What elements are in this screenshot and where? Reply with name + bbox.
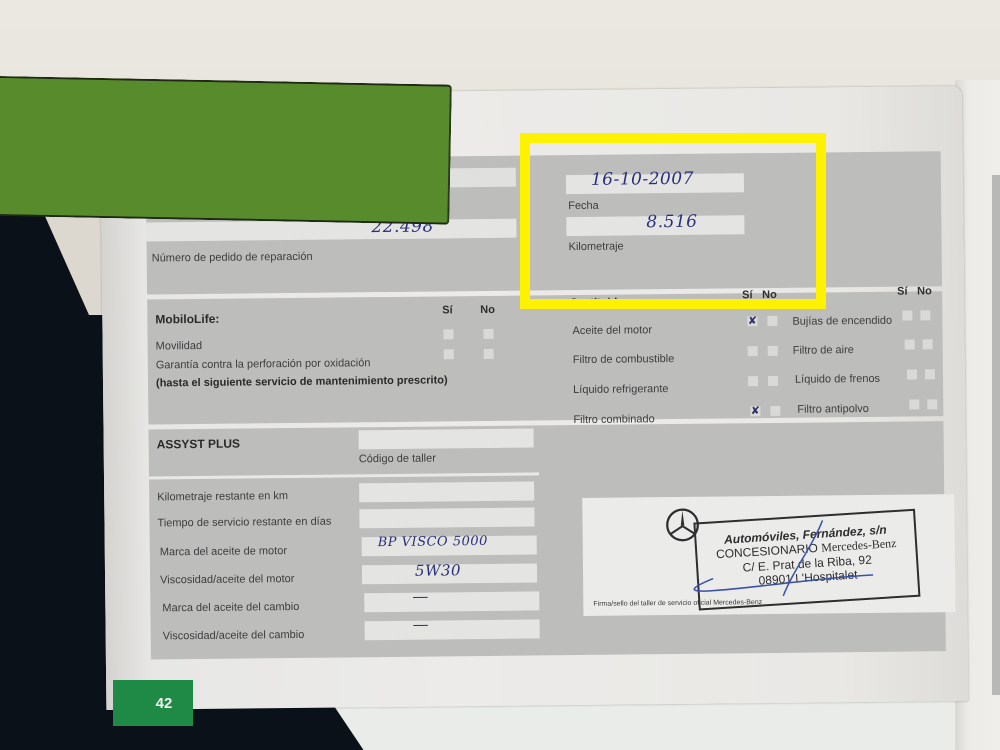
filtro-aire-no-checkbox[interactable] [923,339,933,349]
mobilolife-garantia-no-checkbox[interactable] [484,349,494,359]
mobilolife-note: (hasta el siguiente servicio de mantenim… [156,374,448,389]
filtro-antipolvo-no-checkbox[interactable] [927,399,937,409]
filtro-combustible-yes-checkbox[interactable] [748,346,758,356]
filtro-combinado-yes-checkbox[interactable]: ✘ [750,406,760,416]
assyst-title: ASSYST PLUS [157,437,241,452]
assyst-row-label: Viscosidad/aceite del motor [160,573,294,586]
liquido-frenos-yes-checkbox[interactable] [907,369,917,379]
filtro-antipolvo-yes-checkbox[interactable] [909,399,919,409]
liquido-refrigerante-no-checkbox[interactable] [768,376,778,386]
aceite-motor-no-checkbox[interactable] [767,316,777,326]
replacement-item-label: Líquido de frenos [795,373,880,386]
lower-sheet [330,700,1000,750]
replacement-item-label: Filtro antipolvo [797,403,869,416]
engine-oil-brand-value: BP VISCO 5000 [378,534,488,550]
remaining-days-field[interactable] [359,507,534,528]
mobilolife-title: MobiloLife: [155,312,219,327]
replacement-item-label: Líquido refrigerante [573,383,669,396]
filtro-aire-yes-checkbox[interactable] [905,339,915,349]
mobilolife-item-label: Movilidad [156,340,203,352]
assyst-row-label: Kilometraje restante en km [157,490,288,503]
engine-oil-viscosity-value: 5W30 [415,561,461,579]
mobilolife-movilidad-yes-checkbox[interactable] [443,329,453,339]
assyst-row-label: Marca del aceite del cambio [162,601,299,614]
bujias-no-checkbox[interactable] [920,310,930,320]
assyst-row-label: Viscosidad/aceite del cambio [163,629,305,642]
filtro-combustible-no-checkbox[interactable] [768,346,778,356]
mobilolife-movilidad-no-checkbox[interactable] [483,329,493,339]
handwritten-signature [672,514,923,607]
replacements-right-yes-header: Sí [897,286,908,298]
liquido-frenos-no-checkbox[interactable] [925,369,935,379]
workshop-code-label: Código de taller [359,453,436,466]
assyst-row-label: Tiempo de servicio restante en días [157,516,331,530]
remaining-km-field[interactable] [359,481,534,502]
page-number: 42 [113,680,193,726]
assyst-row-label: Marca del aceite de motor [160,545,287,558]
replacement-item-label: Filtro de aire [793,344,854,357]
bujias-yes-checkbox[interactable] [902,311,912,321]
mobilolife-item-label: Garantía contra la perforación por oxida… [156,357,371,371]
replacement-item-label: Filtro de combustible [573,353,675,366]
filtro-combinado-no-checkbox[interactable] [770,406,780,416]
liquido-refrigerante-yes-checkbox[interactable] [748,376,758,386]
workshop-stamp-area: Automóviles, Fernández, s/n CONCESIONARI… [582,494,955,616]
replacement-item-label: Aceite del motor [572,324,652,337]
green-cover-tab [0,76,452,225]
mobilolife-garantia-yes-checkbox[interactable] [444,349,454,359]
gearbox-oil-viscosity-field[interactable] [365,619,540,640]
mobilolife-no-header: No [480,304,495,316]
replacements-right-no-header: No [917,285,932,297]
highlight-box [520,133,826,309]
repair-order-label: Número de pedido de reparación [152,251,313,265]
gearbox-oil-brand-field[interactable] [364,591,539,612]
gearbox-oil-brand-value: — [412,587,429,606]
gearbox-oil-viscosity-value: — [412,615,429,634]
workshop-code-field[interactable] [359,428,534,449]
aceite-motor-yes-checkbox[interactable]: ✘ [747,316,757,326]
replacement-item-label: Bujías de encendido [792,315,892,328]
assyst-divider [149,472,539,479]
mobilolife-yes-header: Sí [442,304,453,316]
